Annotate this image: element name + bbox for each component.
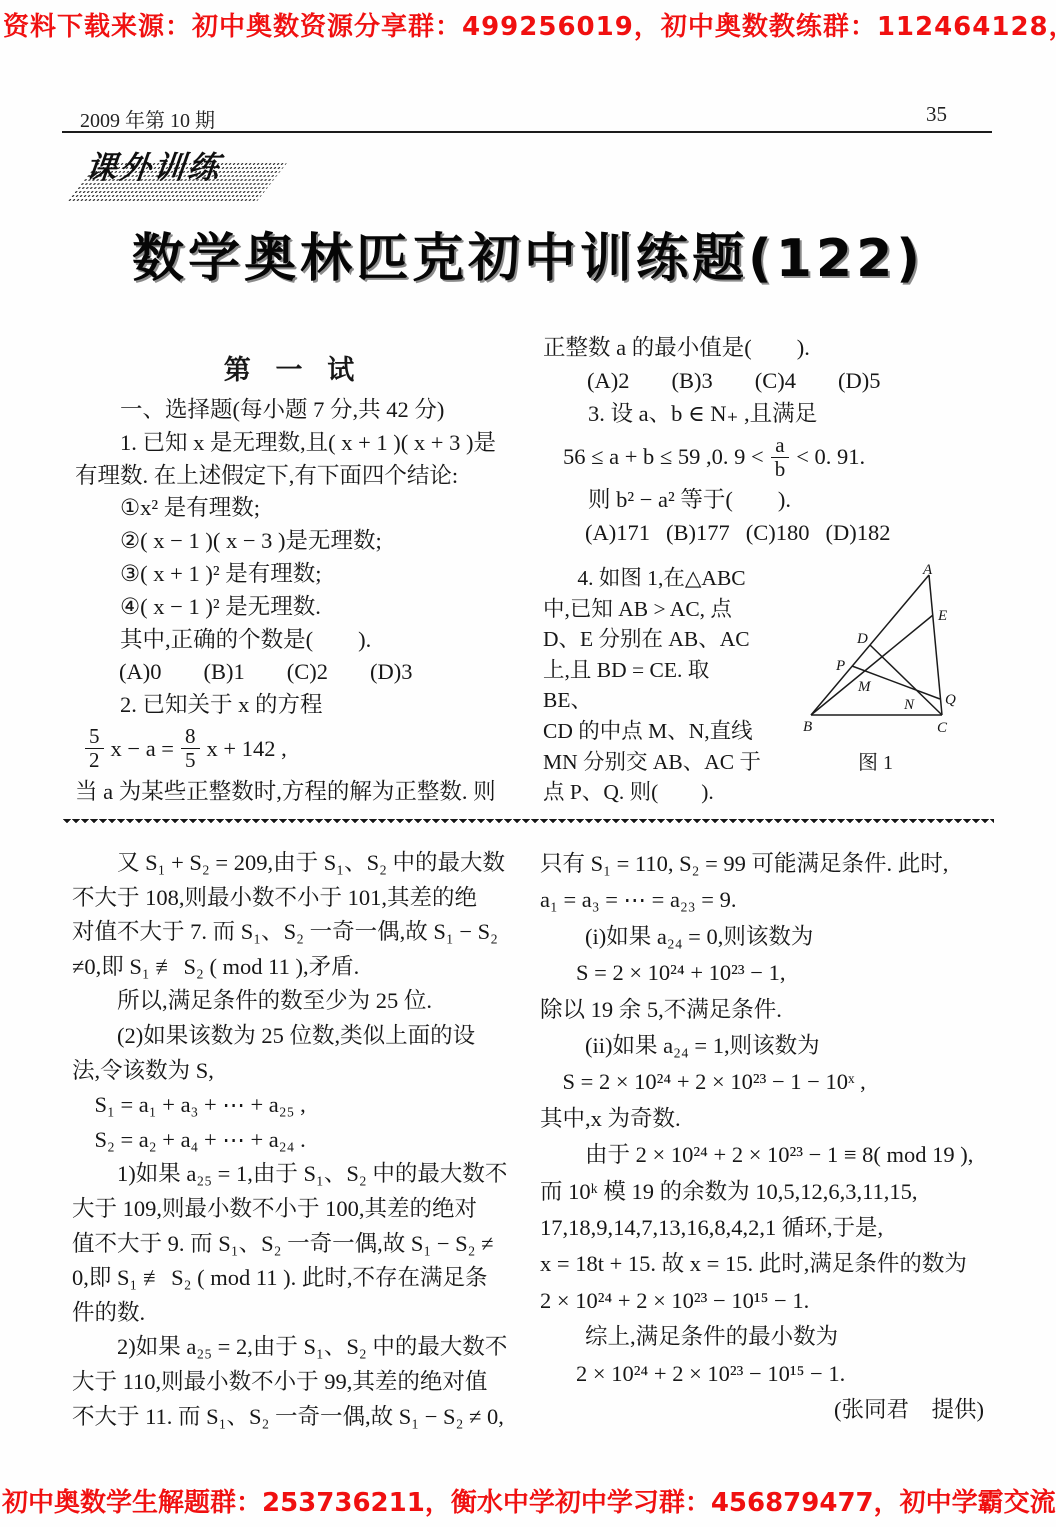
text-line: D、E 分别在 AB、AC <box>543 624 761 655</box>
text-line: ③( x + 1 )² 是有理数; <box>75 558 512 591</box>
zigzag-divider <box>62 819 994 827</box>
text-line: (ii)如果 a₂₄ = 1,则该数为 <box>540 1028 992 1064</box>
equation-text: x + 142 , <box>207 733 287 766</box>
option: (A)0 <box>119 656 161 689</box>
equation-text: 56 ≤ a + b ≤ 59 ,0. 9 < <box>563 441 764 474</box>
journal-issue: 2009 年第 10 期 <box>80 104 215 133</box>
text-line: 1)如果 a₂₅ = 1,由于 S₁、S₂ 中的最大数不 <box>72 1157 516 1192</box>
text-line: 除以 19 余 5,不满足条件. <box>540 992 992 1028</box>
top-red-banner: 资料下载来源：初中奥数资源分享群：499256019，初中奥数教练群：11246… <box>3 6 1056 43</box>
section1-left-column: 一、选择题(每小题 7 分,共 42 分) 1. 已知 x 是无理数,且( x … <box>75 394 512 809</box>
fraction-numerator: 8 <box>185 725 196 748</box>
fraction-denominator: b <box>771 457 790 481</box>
text-line: 有理数. 在上述假定下,有下面四个结论: <box>75 460 512 493</box>
fraction-denominator: 5 <box>181 748 200 772</box>
fraction-numerator: a <box>775 434 784 457</box>
text-line: 1. 已知 x 是无理数,且( x + 1 )( x + 3 )是 <box>75 427 512 460</box>
exam-heading: 第 一 试 <box>75 348 512 387</box>
point-label-M: M <box>857 679 872 695</box>
equation-line: S₂ = a₂ + a₄ + ⋯ + a₂₄ . <box>72 1123 516 1158</box>
equation-line: S₁ = a₁ + a₃ + ⋯ + a₂₅ , <box>72 1088 516 1123</box>
fraction: a b <box>771 434 790 481</box>
text-line: (i)如果 a₂₄ = 0,则该数为 <box>540 919 992 955</box>
section2-right-column: 只有 S₁ = 110, S₂ = 99 可能满足条件. 此时, a₁ = a₃… <box>540 846 992 1429</box>
text-line: 点 P、Q. 则( ). <box>543 777 761 808</box>
q3-options-row: (A)171 (B)177 (C)180 (D)182 <box>543 517 990 550</box>
section1-right-column: 正整数 a 的最小值是( ). (A)2 (B)3 (C)4 (D)5 3. 设… <box>543 332 990 808</box>
text-line: 则 b² − a² 等于( ). <box>543 484 990 517</box>
point-label-B: B <box>803 719 812 735</box>
text-line: 当 a 为某些正整数时,方程的解为正整数. 则 <box>75 776 512 809</box>
text-line: ②( x − 1 )( x − 3 )是无理数; <box>75 525 512 558</box>
option: (B)1 <box>203 656 244 689</box>
text-line: 综上,满足条件的最小数为 <box>540 1319 992 1355</box>
text-line: ①x² 是有理数; <box>75 492 512 525</box>
fraction-denominator: 2 <box>85 748 104 772</box>
stamp-label: 课外训练 <box>84 142 299 187</box>
text-line: 正整数 a 的最小值是( ). <box>543 332 990 365</box>
scanned-document-page: 资料下载来源：初中奥数资源分享群：499256019，初中奥数教练群：11246… <box>0 0 1056 1527</box>
text-line: 而 10ᵏ 模 19 的余数为 10,5,12,6,3,11,15, <box>540 1174 992 1210</box>
text-line: 不大于 11. 而 S₁、S₂ 一奇一偶,故 S₁ − S₂ ≠ 0, <box>72 1400 516 1435</box>
text-line: 由于 2 × 10²⁴ + 2 × 10²³ − 1 ≡ 8( mod 19 )… <box>540 1137 992 1173</box>
text-line: 3. 设 a、b ∈ N₊ ,且满足 <box>543 398 990 431</box>
option: (B)3 <box>671 365 712 398</box>
text-line: 4. 如图 1,在△ABC <box>543 563 761 594</box>
text-line: 对值不大于 7. 而 S₁、S₂ 一奇一偶,故 S₁ − S₂ <box>72 915 516 950</box>
text-line: 2. 已知关于 x 的方程 <box>75 689 512 722</box>
point-label-E: E <box>937 608 947 624</box>
text-line: 0,即 S₁ ≢ S₂ ( mod 11 ). 此时,不存在满足条 <box>72 1261 516 1296</box>
contributor-credit: (张同君 提供) <box>540 1392 992 1428</box>
text-line: 所以,满足条件的数至少为 25 位. <box>72 984 516 1019</box>
text-line: 17,18,9,14,7,13,16,8,4,2,1 循环,于是, <box>540 1210 992 1246</box>
section-stamp: 课外训练 <box>86 142 296 212</box>
option: (A)2 <box>587 365 629 398</box>
option: (D)3 <box>370 656 412 689</box>
text-line: x = 18t + 15. 故 x = 15. 此时,满足条件的数为 <box>540 1246 992 1282</box>
text-line: 2)如果 a₂₅ = 2,由于 S₁、S₂ 中的最大数不 <box>72 1330 516 1365</box>
fraction-numerator: 5 <box>89 725 100 748</box>
option: (C)180 <box>746 517 810 550</box>
triangle-diagram: A B C D E P M N Q <box>761 563 990 741</box>
q1-options-row: (A)0 (B)1 (C)2 (D)3 <box>75 656 512 689</box>
equation-text: < 0. 91. <box>796 441 865 474</box>
equation-line: 2 × 10²⁴ + 2 × 10²³ − 10¹⁵ − 1. <box>540 1356 992 1392</box>
figure-caption: 图 1 <box>761 747 990 780</box>
option: (D)182 <box>825 517 890 550</box>
text-line: MN 分别交 AB、AC 于 <box>543 747 761 778</box>
text-line: 一、选择题(每小题 7 分,共 42 分) <box>75 394 512 427</box>
text-line: 又 S₁ + S₂ = 209,由于 S₁、S₂ 中的最大数 <box>72 846 516 881</box>
equation-line: 2 × 10²⁴ + 2 × 10²³ − 10¹⁵ − 1. <box>540 1283 992 1319</box>
bottom-red-banner: 初中奥数学生解题群：253736211，衡水中学初中学习群：456879477，… <box>2 1482 1056 1519</box>
page-number: 35 <box>926 102 947 127</box>
option: (D)5 <box>838 365 880 398</box>
text-line: 其中,正确的个数是( ). <box>75 624 512 657</box>
option: (C)4 <box>755 365 796 398</box>
header-rule <box>62 131 992 133</box>
option: (B)177 <box>666 517 730 550</box>
q2-options-row: (A)2 (B)3 (C)4 (D)5 <box>543 365 990 398</box>
point-label-D: D <box>856 631 868 647</box>
text-line: a₁ = a₃ = ⋯ = a₂₃ = 9. <box>540 882 992 918</box>
option: (A)171 <box>585 517 650 550</box>
text-line: (2)如果该数为 25 位数,类似上面的设 <box>72 1019 516 1054</box>
text-line: 法,令该数为 S, <box>72 1054 516 1089</box>
text-line: 大于 109,则最小数不小于 100,其差的绝对 <box>72 1192 516 1227</box>
equation-line: S = 2 × 10²⁴ + 10²³ − 1, <box>540 955 992 991</box>
q3-equation: 56 ≤ a + b ≤ 59 ,0. 9 < a b < 0. 91. <box>543 430 990 484</box>
article-title: 数学奥林匹克初中训练题(122) <box>73 216 983 291</box>
text-line: 上,且 BD = CE. 取 BE、 <box>543 655 761 716</box>
text-line: 大于 110,则最小数不小于 99,其差的绝对值 <box>72 1365 516 1400</box>
text-line: 值不大于 9. 而 S₁、S₂ 一奇一偶,故 S₁ − S₂ ≠ <box>72 1227 516 1262</box>
text-line: 其中,x 为奇数. <box>540 1101 992 1137</box>
option: (C)2 <box>287 656 328 689</box>
point-label-Q: Q <box>945 692 956 708</box>
text-line: 不大于 108,则最小数不小于 101,其差的绝 <box>72 881 516 916</box>
equation-text: x − a = <box>111 733 175 766</box>
text-line: CD 的中点 M、N,直线 <box>543 716 761 747</box>
section2-left-column: 又 S₁ + S₂ = 209,由于 S₁、S₂ 中的最大数 不大于 108,则… <box>72 846 516 1434</box>
question4-block: 4. 如图 1,在△ABC 中,已知 AB > AC, 点 D、E 分别在 AB… <box>543 563 990 808</box>
fraction: 8 5 <box>181 725 200 772</box>
text-line: 中,已知 AB > AC, 点 <box>543 594 761 625</box>
equation-line: S = 2 × 10²⁴ + 2 × 10²³ − 1 − 10ˣ , <box>540 1064 992 1100</box>
point-label-P: P <box>835 658 845 674</box>
point-label-C: C <box>937 720 948 736</box>
text-line: ≠0,即 S₁ ≢ S₂ ( mod 11 ),矛盾. <box>72 950 516 985</box>
text-line: 件的数. <box>72 1296 516 1331</box>
point-label-A: A <box>922 563 933 578</box>
text-line: 只有 S₁ = 110, S₂ = 99 可能满足条件. 此时, <box>540 846 992 882</box>
q2-equation: 5 2 x − a = 8 5 x + 142 , <box>75 722 512 776</box>
question4-text: 4. 如图 1,在△ABC 中,已知 AB > AC, 点 D、E 分别在 AB… <box>543 563 761 808</box>
figure-1: A B C D E P M N Q 图 1 <box>761 563 990 808</box>
point-label-N: N <box>903 697 915 713</box>
fraction: 5 2 <box>85 725 104 772</box>
text-line: ④( x − 1 )² 是无理数. <box>75 591 512 624</box>
